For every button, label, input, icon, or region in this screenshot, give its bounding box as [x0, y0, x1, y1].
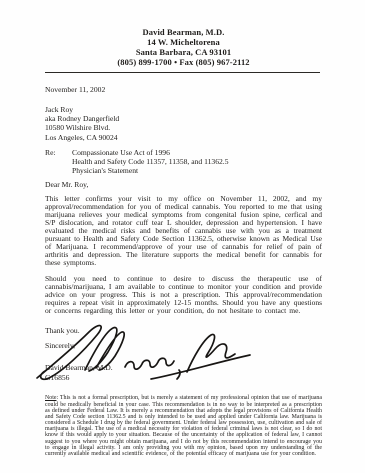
- re-lines: Compassionate Use Act of 1996 Health and…: [72, 148, 229, 176]
- note-block: Note: This is not a formal prescription,…: [45, 395, 322, 457]
- recipient-line-name: Jack Roy: [45, 105, 322, 114]
- letter-page: David Bearman, M.D. 14 W. Micheltorena S…: [0, 0, 365, 473]
- signer-license-number: G16856: [45, 373, 322, 382]
- note-text: : This is not a formal prescription, but…: [45, 395, 322, 456]
- body-paragraph-1: This letter confirms your visit to my of…: [45, 195, 322, 267]
- recipient-line-aka: aka Rodney Dangerfield: [45, 114, 322, 123]
- letterhead-address-line1: 14 W. Micheltorena: [45, 37, 322, 47]
- re-line-act: Compassionate Use Act of 1996: [72, 148, 229, 157]
- letterhead-phone-line: (805) 899-1700 • Fax (805) 967-2112: [45, 57, 322, 67]
- date-line: November 11, 2002: [45, 85, 322, 94]
- salutation: Dear Mr. Roy,: [45, 180, 322, 189]
- note-label: Note: [45, 395, 56, 401]
- recipient-block: Jack Roy aka Rodney Dangerfield 10580 Wi…: [45, 105, 322, 142]
- re-line-statement: Physician's Statement: [72, 166, 229, 175]
- re-block: Re: Compassionate Use Act of 1996 Health…: [45, 148, 322, 176]
- re-line-code: Health and Safety Code 11357, 11358, and…: [72, 157, 229, 166]
- re-label: Re:: [45, 148, 72, 176]
- closing-block: Thank you. Sincerely, David Bearman, M.D…: [45, 326, 322, 382]
- recipient-line-street: 10580 Wilshire Blvd.: [45, 123, 322, 132]
- signer-name: David Bearman, M.D.: [45, 363, 322, 372]
- header-divider: [45, 72, 320, 73]
- letterhead-address-line2: Santa Barbara, CA 93101: [45, 47, 322, 57]
- body-paragraph-2: Should you need to continue to desire to…: [45, 275, 322, 315]
- letterhead: David Bearman, M.D. 14 W. Micheltorena S…: [45, 27, 322, 67]
- recipient-line-city: Los Angeles, CA 90024: [45, 133, 322, 142]
- closing-sincerely: Sincerely,: [45, 341, 322, 350]
- closing-thanks: Thank you.: [45, 326, 322, 335]
- letterhead-name: David Bearman, M.D.: [45, 27, 322, 37]
